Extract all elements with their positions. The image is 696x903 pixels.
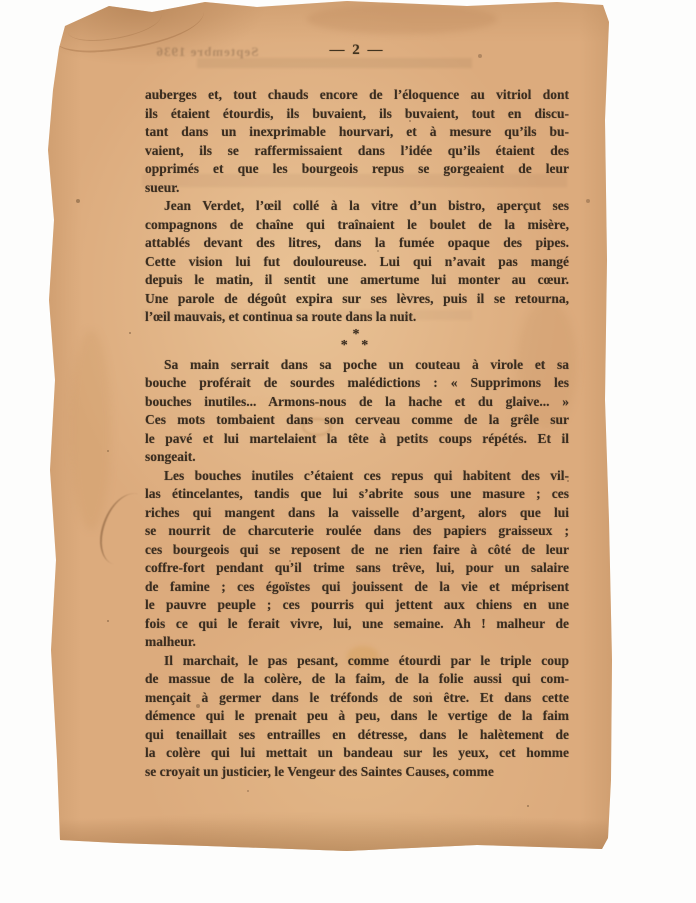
text-line: se nourrit de charcuterie roulée dans de…: [145, 522, 569, 541]
text-line: bouches inutiles... Armons-nous de la ha…: [145, 393, 569, 412]
text-line: auberges et, tout chauds encore de l’élo…: [145, 86, 569, 105]
text-line: tant dans un inexprimable hourvari, et à…: [145, 123, 569, 142]
text-line: fois ce qui le ferait vivre, lui, une se…: [145, 615, 569, 634]
text-line: sueur.: [145, 179, 569, 198]
stain: [71, 330, 111, 530]
paragraph: auberges et, tout chauds encore de l’élo…: [145, 86, 569, 197]
scanned-page: Septembre 1936 — 2 — auberges et, tout c…: [47, 0, 613, 852]
text-line: riches qui mangent dans la vaisselle d’a…: [145, 504, 569, 523]
text-line: depuis le matin, il sentit une amertume …: [145, 271, 569, 290]
text-line: la colère qui lui mettait un bandeau sur…: [145, 744, 569, 763]
text-line: bouche proférait de sourdes malédictions…: [145, 374, 569, 393]
page-number: — 2 —: [145, 42, 569, 59]
text-block: auberges et, tout chauds encore de l’élo…: [145, 86, 569, 781]
text-line: l’œil mauvais, et continua sa route dans…: [145, 308, 569, 327]
text-line: Une parole de dégoût expira sur ses lèvr…: [145, 290, 569, 309]
text-line: songeait.: [145, 448, 569, 467]
text-line: se croyait un justicier, le Vengeur des …: [145, 763, 569, 782]
text-line: mençait à germer dans le tréfonds de son…: [145, 689, 569, 708]
text-line: ces bourgeois qui se reposent de ne rien…: [145, 541, 569, 560]
text-line: Il marchait, le pas pesant, comme étourd…: [145, 652, 569, 671]
paragraph: Les bouches inutiles c’étaient ces repus…: [145, 467, 569, 652]
paragraph: Jean Verdet, l’œil collé à la vitre d’un…: [145, 197, 569, 327]
text-line: vaient, ils se raffermissaient dans l’id…: [145, 142, 569, 161]
text-line: Ces mots tombaient dans son cerveau comm…: [145, 411, 569, 430]
text-line: opprimés et que les bourgeois repus se g…: [145, 160, 569, 179]
text-line: Cette vision lui fut douloureuse. Lui qu…: [145, 253, 569, 272]
text-line: attablés devant des litres, dans la fumé…: [145, 234, 569, 253]
text-line: malheur.: [145, 633, 569, 652]
text-line: le pauvre peuple ; ces pourris qui jette…: [145, 596, 569, 615]
text-line: de massue de la colère, de la faim, de l…: [145, 670, 569, 689]
separator-asterisk-bottom: * *: [145, 340, 569, 351]
text-line: las étincelantes, tandis que lui s’abrit…: [145, 485, 569, 504]
text-line: démence qui le prenait peu à peu, dans l…: [145, 707, 569, 726]
text-line: compagnons de chaîne qui traînaient le b…: [145, 216, 569, 235]
text-line: de famine ; ces égoïstes qui jouissent d…: [145, 578, 569, 597]
text-line: qui tenaillait ses entrailles en détress…: [145, 726, 569, 745]
paragraph: Il marchait, le pas pesant, comme étourd…: [145, 652, 569, 782]
stain: [307, 4, 497, 34]
scan-canvas: Septembre 1936 — 2 — auberges et, tout c…: [0, 0, 696, 903]
text-line: le pavé et lui martelaient la tête à pet…: [145, 430, 569, 449]
text-line: Les bouches inutiles c’étaient ces repus…: [145, 467, 569, 486]
section-separator: ** *: [145, 327, 569, 356]
text-line: Sa main serrait dans sa poche un couteau…: [145, 356, 569, 375]
text-line: Jean Verdet, l’œil collé à la vitre d’un…: [145, 197, 569, 216]
text-line: coffre-fort pendant qu’il trime sans trê…: [145, 559, 569, 578]
text-line: ils étaient étourdis, ils buvaient, ils …: [145, 105, 569, 124]
paper-specks: [47, 0, 49, 2]
paragraph: Sa main serrait dans sa poche un couteau…: [145, 356, 569, 467]
showthrough-streak: [197, 58, 472, 68]
